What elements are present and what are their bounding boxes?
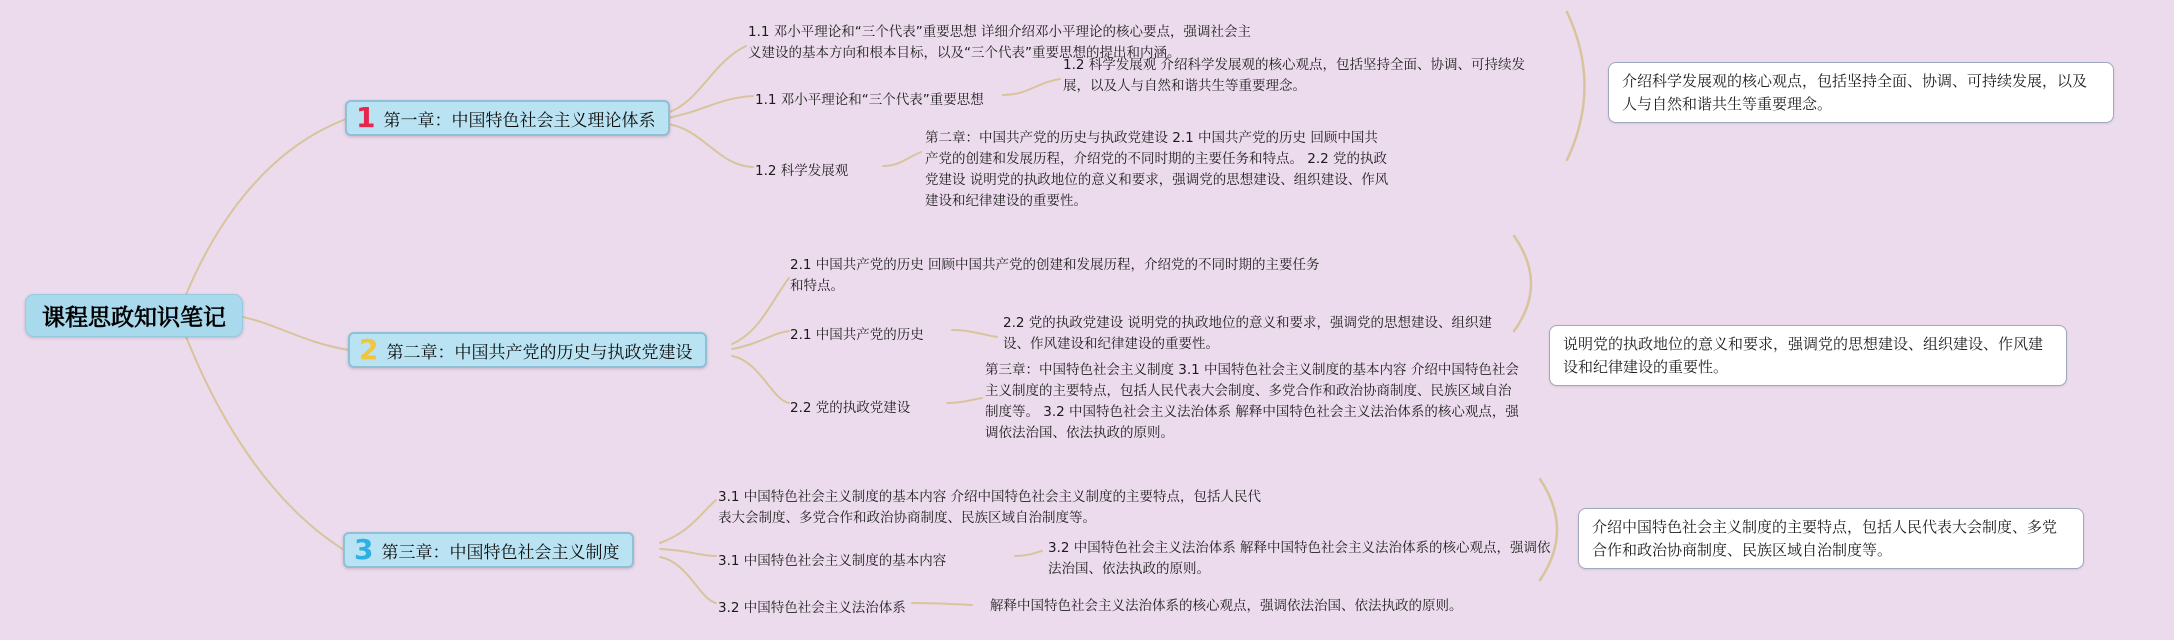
chapter-1-title: 第一章：中国特色社会主义理论体系 [383,106,655,131]
note-ch2-mid[interactable]: 2.2 党的执政党建设 说明党的执政地位的意义和要求，强调党的思想建设、组织建设… [1003,313,1515,355]
edge-root-ch1 [185,119,346,297]
chapter-2-node[interactable]: 2 第二章：中国共产党的历史与执政党建设 [348,332,707,368]
topic-3-2[interactable]: 3.2 中国特色社会主义法治体系 [718,596,906,616]
note-ch2-top[interactable]: 2.1 中国共产党的历史 回顾中国共产党的创建和发展历程，介绍党的不同时期的主要… [790,255,1330,297]
summary-callout-3[interactable]: 介绍中国特色社会主义制度的主要特点，包括人民代表大会制度、多党合作和政治协商制度… [1578,508,2084,569]
edge-topic21-note [952,330,997,337]
edge-root-ch2 [233,315,349,350]
edge-ch2-topic2 [732,356,789,403]
edge-ch1-topic2 [667,124,753,167]
chapter-1-node[interactable]: 1 第一章：中国特色社会主义理论体系 [345,100,670,136]
topic-1-2[interactable]: 1.2 科学发展观 [755,159,848,179]
chapter-2-number: 2 [359,336,377,364]
chapter-2-title: 第二章：中国共产党的历史与执政党建设 [386,338,692,363]
edge-ch3-topic1 [660,549,716,556]
chapter-3-number: 3 [354,536,372,564]
root-node[interactable]: 课程思政知识笔记 [25,294,243,337]
topic-2-1[interactable]: 2.1 中国共产党的历史 [790,323,924,343]
edge-topic22-note [947,398,982,403]
edge-topic11-note [1003,79,1060,95]
note-ch1-mid[interactable]: 1.2 科学发展观 介绍科学发展观的核心观点，包括坚持全面、协调、可持续发展，以… [1063,55,1533,97]
topic-1-1[interactable]: 1.1 邓小平理论和“三个代表”重要思想 [755,88,984,108]
brace-callout-2 [1514,236,1531,331]
brace-callout-1 [1567,12,1585,160]
note-ch3-mid[interactable]: 3.2 中国特色社会主义法治体系 解释中国特色社会主义法治体系的核心观点，强调依… [1048,538,1560,580]
edge-topic32-note [912,603,972,605]
edge-topic31-note [1015,551,1042,556]
chapter-3-node[interactable]: 3 第三章：中国特色社会主义制度 [343,532,634,568]
edge-ch1-note-top [667,46,746,113]
edge-ch3-topic2 [660,557,716,603]
note-ch3-top[interactable]: 3.1 中国特色社会主义制度的基本内容 介绍中国特色社会主义制度的主要特点，包括… [718,487,1274,529]
summary-callout-1[interactable]: 介绍科学发展观的核心观点，包括坚持全面、协调、可持续发展，以及人与自然和谐共生等… [1608,62,2114,123]
topic-2-2[interactable]: 2.2 党的执政党建设 [790,396,910,416]
edge-topic12-note [883,152,921,166]
mindmap-canvas[interactable]: 课程思政知识笔记 1 第一章：中国特色社会主义理论体系 2 第二章：中国共产党的… [0,0,2174,640]
note-ch1-bottom[interactable]: 第二章：中国共产党的历史与执政党建设 2.1 中国共产党的历史 回顾中国共产党的… [925,128,1390,212]
edge-ch3-note-top [660,500,716,543]
summary-callout-2[interactable]: 说明党的执政地位的意义和要求，强调党的思想建设、组织建设、作风建设和纪律建设的重… [1549,325,2067,386]
chapter-1-number: 1 [356,104,374,132]
edge-ch2-note-top [732,278,789,344]
note-ch2-bottom[interactable]: 第三章：中国特色社会主义制度 3.1 中国特色社会主义制度的基本内容 介绍中国特… [985,360,1521,444]
note-ch3-bottom[interactable]: 解释中国特色社会主义法治体系的核心观点，强调依法治国、依法执政的原则。 [990,596,1590,617]
topic-3-1[interactable]: 3.1 中国特色社会主义制度的基本内容 [718,549,946,569]
chapter-3-title: 第三章：中国特色社会主义制度 [381,538,619,563]
edge-root-ch3 [185,334,344,550]
